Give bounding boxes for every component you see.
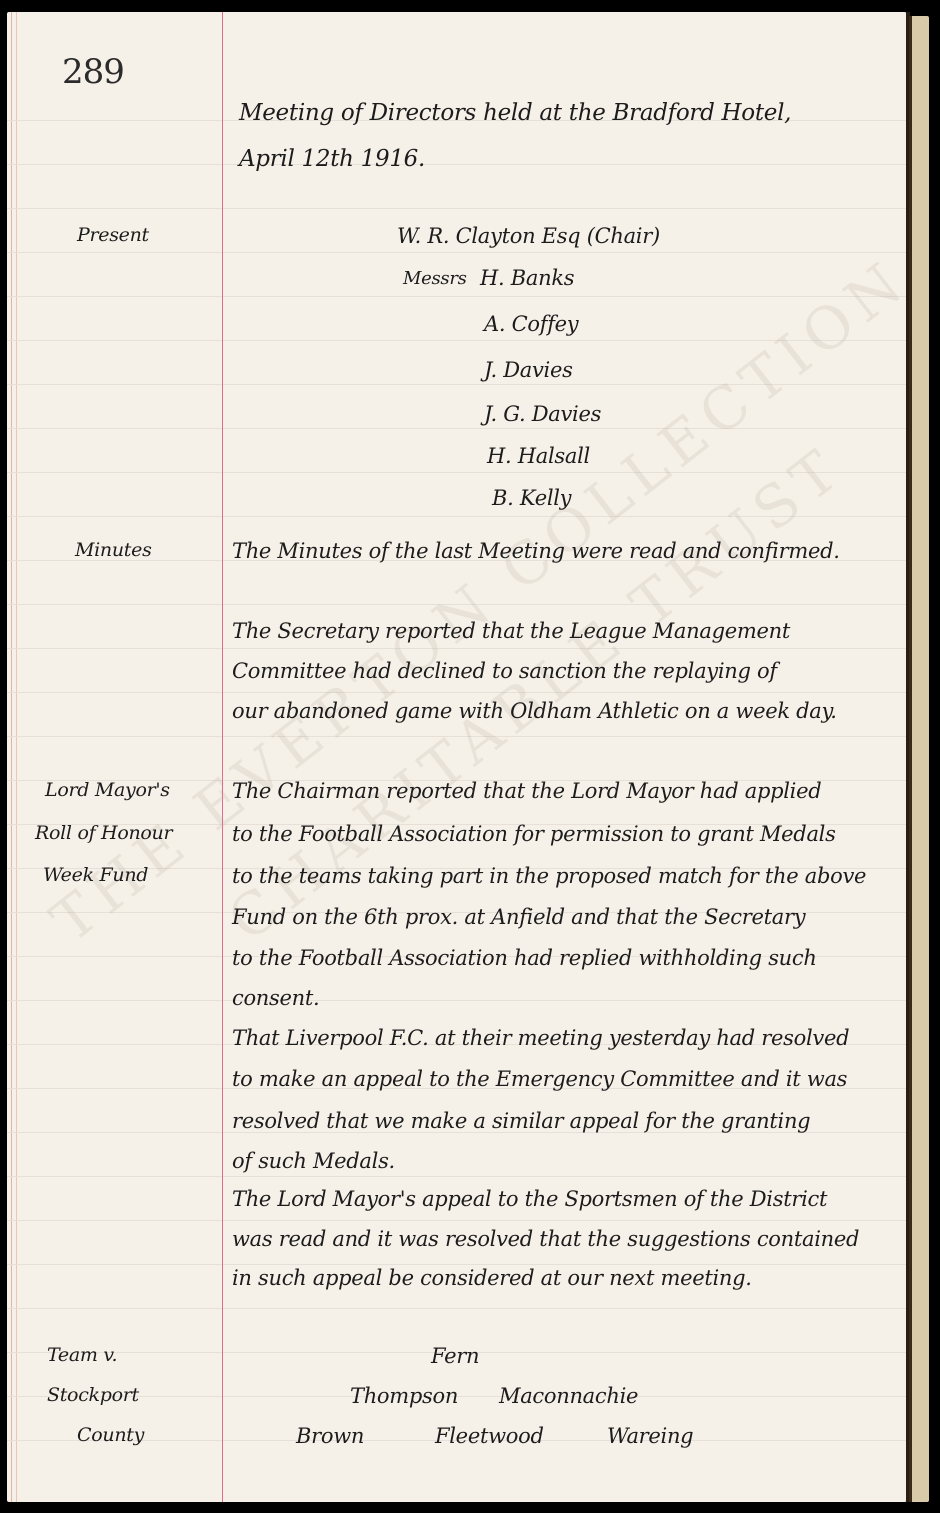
member-name: B. Kelly: [492, 486, 571, 510]
ruled-line: [7, 1308, 910, 1309]
secretary-report-line: our abandoned game with Oldham Athletic …: [232, 699, 837, 723]
lord-mayor-text-line: That Liverpool F.C. at their meeting yes…: [232, 1026, 849, 1050]
book-page-edges: [909, 16, 929, 1502]
margin-label-present: Present: [77, 224, 149, 246]
lord-mayor-text-line: was read and it was resolved that the su…: [232, 1227, 859, 1251]
ruled-line: [7, 736, 910, 737]
ruled-line: [7, 472, 910, 473]
lord-mayor-text-line: resolved that we make a similar appeal f…: [232, 1109, 810, 1133]
margin-label-roll-of-honour: Roll of Honour: [35, 822, 172, 844]
page-edge-line: [16, 12, 17, 1502]
ruled-line: [7, 692, 910, 693]
ruled-line: [7, 164, 910, 165]
meeting-heading-line-2: April 12th 1916.: [239, 146, 425, 172]
member-name: J. Davies: [484, 358, 573, 382]
ruled-line: [7, 384, 910, 385]
margin-label-lord-mayors: Lord Mayor's: [45, 779, 170, 801]
player-halfback: Fleetwood: [435, 1424, 544, 1448]
lord-mayor-text-line: to the Football Association for permissi…: [232, 822, 836, 846]
margin-label-county: County: [77, 1424, 144, 1446]
margin-label-week-fund: Week Fund: [43, 864, 148, 886]
chair-name: W. R. Clayton Esq (Chair): [397, 224, 660, 248]
margin-label-minutes: Minutes: [75, 539, 152, 561]
lord-mayor-text-line: to the Football Association had replied …: [232, 946, 817, 970]
player-halfback: Wareing: [607, 1424, 693, 1448]
margin-label-stockport: Stockport: [47, 1384, 139, 1406]
ruled-line: [7, 604, 910, 605]
ruled-line: [7, 1220, 910, 1221]
ruled-line: [7, 1264, 910, 1265]
lord-mayor-text-line: The Chairman reported that the Lord Mayo…: [232, 779, 821, 803]
ruled-line: [7, 296, 910, 297]
ruled-line: [7, 428, 910, 429]
minutes-text: The Minutes of the last Meeting were rea…: [232, 539, 840, 563]
ruled-line: [7, 208, 910, 209]
lord-mayor-text-line: consent.: [232, 986, 319, 1010]
member-name: J. G. Davies: [484, 402, 601, 426]
lord-mayor-text-line: Fund on the 6th prox. at Anfield and tha…: [232, 905, 805, 929]
player-back: Maconnachie: [499, 1384, 638, 1408]
lord-mayor-text-line: to make an appeal to the Emergency Commi…: [232, 1067, 847, 1091]
ruled-line: [7, 516, 910, 517]
ruled-line: [7, 1396, 910, 1397]
ruled-line: [7, 340, 910, 341]
secretary-report-line: The Secretary reported that the League M…: [232, 619, 790, 643]
lord-mayor-text-line: The Lord Mayor's appeal to the Sportsmen…: [232, 1187, 827, 1211]
player-goalkeeper: Fern: [431, 1344, 479, 1368]
watermark-line-1: THE EVERTON COLLECTION: [38, 246, 910, 956]
ruled-line: [7, 1000, 910, 1001]
ruled-line: [7, 648, 910, 649]
lord-mayor-text-line: to the teams taking part in the proposed…: [232, 864, 866, 888]
member-name: A. Coffey: [484, 312, 578, 336]
meeting-heading-line-1: Meeting of Directors held at the Bradfor…: [239, 100, 791, 126]
secretary-report-line: Committee had declined to sanction the r…: [232, 659, 777, 683]
ruled-line: [7, 252, 910, 253]
player-back: Thompson: [350, 1384, 458, 1408]
ledger-page: THE EVERTON COLLECTION CHARITABLE TRUST …: [7, 12, 910, 1502]
ruled-line: [7, 1176, 910, 1177]
lord-mayor-text-line: in such appeal be considered at our next…: [232, 1266, 752, 1290]
page-edge-line: [11, 12, 12, 1502]
player-halfback: Brown: [296, 1424, 364, 1448]
page-number: 289: [62, 52, 124, 92]
member-name: H. Banks: [480, 266, 574, 290]
margin-label-team: Team v.: [47, 1344, 117, 1366]
messrs-prefix: Messrs: [403, 268, 467, 289]
member-name: H. Halsall: [487, 444, 590, 468]
lord-mayor-text-line: of such Medals.: [232, 1149, 395, 1173]
margin-line: [222, 12, 223, 1502]
